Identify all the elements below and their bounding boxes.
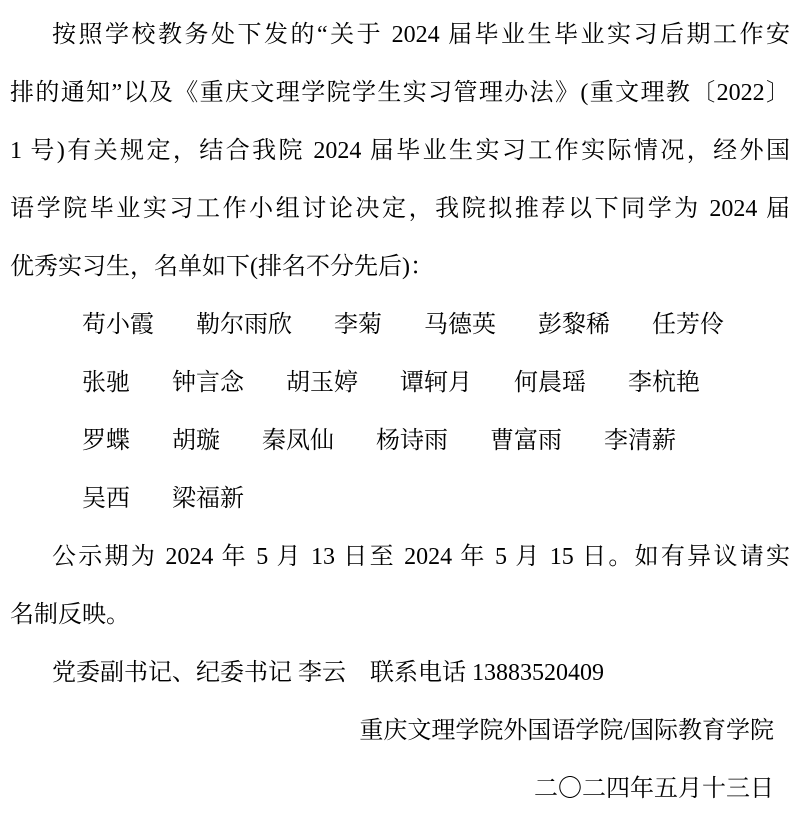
intern-name: 李杭艳 [628,354,700,412]
intern-name: 梁福新 [172,470,244,528]
intern-name: 谭轲月 [400,354,472,412]
publicity-paragraph-line-2: 名制反映。 [10,586,790,644]
intern-name: 何晨瑶 [514,354,586,412]
intern-name: 杨诗雨 [376,412,448,470]
intern-name-row: 罗蝶胡璇秦凤仙杨诗雨曹富雨李清薪 [10,412,790,470]
intern-name: 罗蝶 [82,412,130,470]
document-page: 按照学校教务处下发的“关于 2024 届毕业生毕业实习后期工作安 排的通知”以及… [0,0,800,817]
intern-name: 胡玉婷 [286,354,358,412]
signature-line: 重庆文理学院外国语学院/国际教育学院 [10,702,790,760]
intern-name: 马德英 [424,296,496,354]
intern-name: 任芳伶 [652,296,724,354]
intern-name: 苟小霞 [82,296,154,354]
contact-line: 党委副书记、纪委书记 李云 联系电话 13883520409 [10,644,790,702]
intro-paragraph-line-1: 按照学校教务处下发的“关于 2024 届毕业生毕业实习后期工作安 [10,6,790,64]
intro-paragraph-line-5: 优秀实习生，名单如下(排名不分先后)： [10,238,790,296]
intern-name: 曹富雨 [490,412,562,470]
intro-paragraph-line-2: 排的通知”以及《重庆文理学院学生实习管理办法》(重文理教〔2022〕 [10,64,790,122]
date-line: 二〇二四年五月十三日 [10,760,790,817]
intern-name-row: 吴西梁福新 [10,470,790,528]
intern-name: 胡璇 [172,412,220,470]
intern-name-row: 张驰钟言念胡玉婷谭轲月何晨瑶李杭艳 [10,354,790,412]
intern-name-row: 苟小霞勒尔雨欣李菊马德英彭黎稀任芳伶 [10,296,790,354]
intern-name: 彭黎稀 [538,296,610,354]
intern-name: 李菊 [334,296,382,354]
intern-name: 钟言念 [172,354,244,412]
intern-name: 秦凤仙 [262,412,334,470]
publicity-paragraph-line-1: 公示期为 2024 年 5 月 13 日至 2024 年 5 月 15 日。如有… [10,528,790,586]
intern-name: 勒尔雨欣 [196,296,292,354]
intro-paragraph-line-3: 1 号)有关规定，结合我院 2024 届毕业生实习工作实际情况，经外国 [10,122,790,180]
intro-paragraph-line-4: 语学院毕业实习工作小组讨论决定，我院拟推荐以下同学为 2024 届 [10,180,790,238]
intern-name: 李清薪 [604,412,676,470]
intern-name: 吴西 [82,470,130,528]
intern-name: 张驰 [82,354,130,412]
